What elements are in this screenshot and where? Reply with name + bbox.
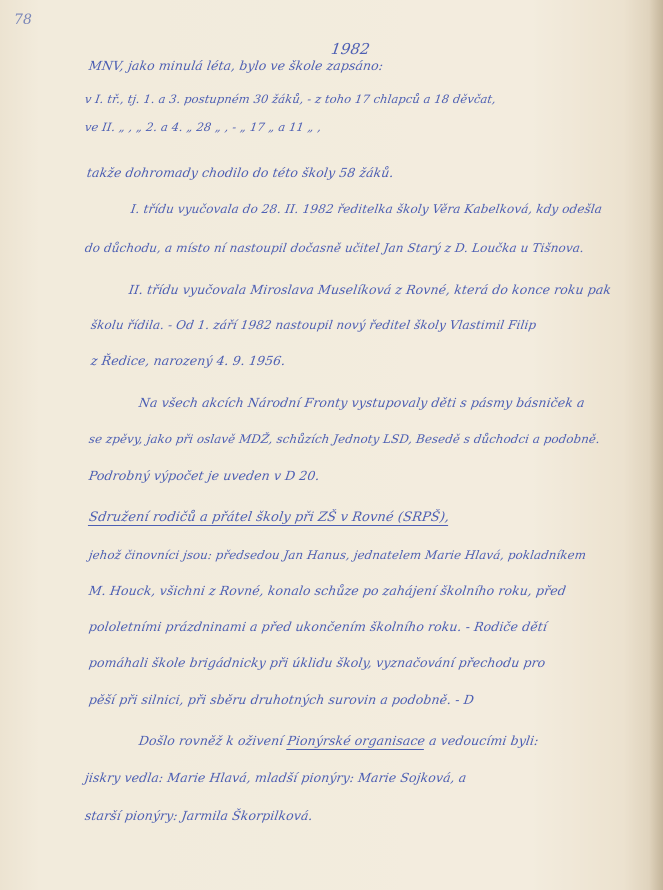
line-total-pupils: takže dohromady chodilo do této školy 58… [86,165,395,180]
line-detailed-calculation: Podrobný výpočet je uveden v D 20. [88,468,321,483]
pioneer-intro: Došlo rovněž k oživení [138,733,289,748]
line-class-2-count: ve II. „ , „ 2. a 4. „ 28 „ , - „ 17 „ a… [84,120,322,134]
line-pioneer-revival: Došlo rovněž k oživení Pionýrské organis… [138,733,540,748]
page-number: 78 [14,12,32,28]
line-class-1-count: v I. tř., tj. 1. a 3. postupném 30 žáků,… [84,92,497,106]
line-celebrations: se zpěvy, jako při oslavě MDŽ, schůzích … [88,432,601,446]
ledger-page: 78 1982 MNV, jako minulá léta, bylo ve š… [0,0,663,890]
line-replacement-teacher: do důchodu, a místo ní nastoupil dočasně… [84,241,585,255]
line-recycling: pěší při silnici, při sběru druhotných s… [88,692,475,707]
year-annotation: 1982 [330,40,371,58]
line-class-1-teacher: I. třídu vyučovala do 28. II. 1982 ředit… [130,202,603,216]
line-srps-meetings: M. Houck, všichni z Rovné, konalo schůze… [88,583,567,598]
line-national-front-events: Na všech akcích Národní Fronty vystupova… [138,395,586,410]
line-pioneer-leaders: jiskry vedla: Marie Hlavá, mladší pionýr… [84,770,468,785]
heading-srps: Sdružení rodičů a přátel školy při ZŠ v … [88,510,450,525]
line-class-2-teacher: II. třídu vyučovala Miroslava Muselíková… [128,282,612,297]
line-enrollment-intro: MNV, jako minulá léta, bylo ve škole zap… [88,58,384,73]
line-srps-holidays: pololetními prázdninami a před ukončením… [88,619,548,634]
line-parents-help: pomáhali škole brigádnicky při úklidu šk… [88,655,546,670]
line-older-pioneers: starší pionýry: Jarmila Škorpilková. [84,808,314,823]
line-new-director: školu řídila. - Od 1. září 1982 nastoupi… [90,318,537,332]
book-spine-shadow [649,0,663,890]
pioneer-leaders-intro: a vedoucími byli: [424,733,539,748]
line-srps-officials: jehož činovníci jsou: předsedou Jan Hanu… [88,548,587,562]
line-director-birth: z Ředice, narozený 4. 9. 1956. [90,353,286,368]
pioneer-organisation-title: Pionýrské organisace [286,733,426,748]
